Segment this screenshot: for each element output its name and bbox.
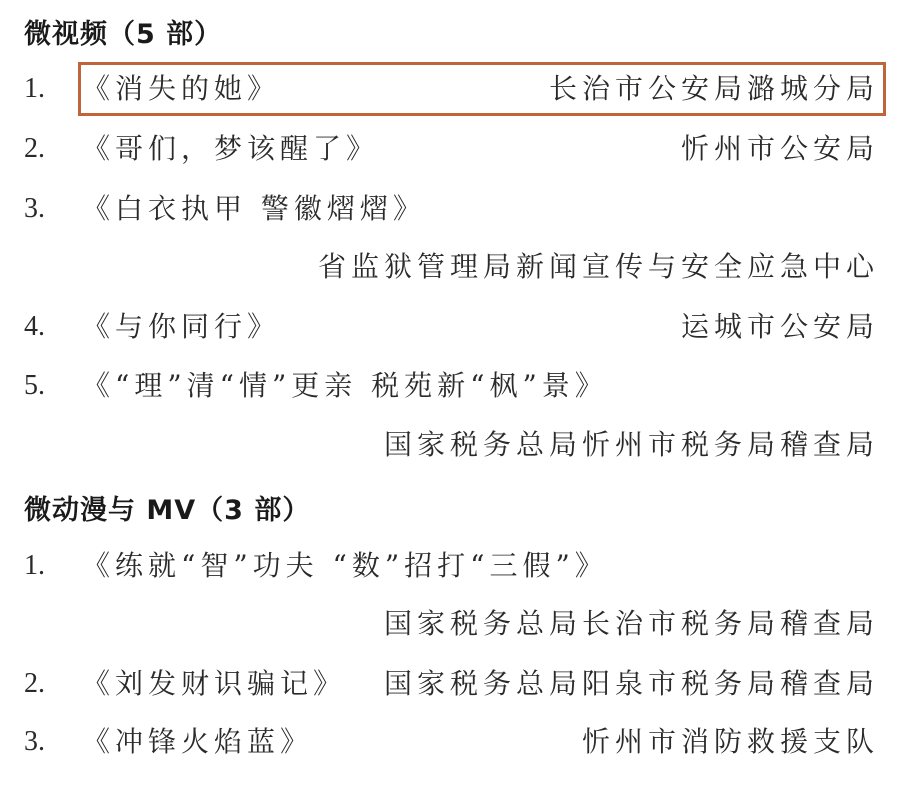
- list-item: 1. 《消失的她》 长治市公安局潞城分局: [0, 67, 898, 111]
- list-item: 3. 《白衣执甲 警徽熠熠》: [0, 187, 898, 231]
- item-organization: 忻州市消防救援支队: [582, 720, 879, 764]
- item-organization: 国家税务总局阳泉市税务局稽查局: [384, 662, 879, 706]
- item-title: 《刘发财识骗记》: [82, 662, 346, 706]
- item-title: 《与你同行》: [82, 305, 280, 349]
- item-title: 《消失的她》: [82, 67, 280, 111]
- list-item-continuation: 国家税务总局忻州市税务局稽查局: [0, 423, 898, 467]
- list-item: 1. 《练就“智”功夫 “数”招打“三假”》: [0, 544, 898, 588]
- item-number: 3.: [24, 187, 45, 231]
- list-item: 3. 《冲锋火焰蓝》 忻州市消防救援支队: [0, 720, 898, 764]
- item-number: 3.: [24, 720, 45, 764]
- item-organization: 国家税务总局忻州市税务局稽查局: [384, 423, 879, 467]
- section-heading-animation-mv: 微动漫与 MV（3 部）: [24, 488, 310, 527]
- section-heading-micro-video: 微视频（5 部）: [24, 12, 222, 51]
- item-organization: 省监狱管理局新闻宣传与安全应急中心: [318, 245, 879, 289]
- item-number: 1.: [24, 544, 45, 588]
- item-organization: 忻州市公安局: [681, 127, 879, 171]
- list-item: 2. 《刘发财识骗记》 国家税务总局阳泉市税务局稽查局: [0, 662, 898, 706]
- list-item: 5. 《“理”清“情”更亲 税苑新“枫”景》: [0, 364, 898, 408]
- item-title: 《白衣执甲 警徽熠熠》: [82, 187, 426, 231]
- item-organization: 长治市公安局潞城分局: [549, 67, 879, 111]
- item-organization: 运城市公安局: [681, 305, 879, 349]
- list-item-continuation: 省监狱管理局新闻宣传与安全应急中心: [0, 245, 898, 289]
- item-number: 1.: [24, 67, 45, 111]
- item-number: 2.: [24, 662, 45, 706]
- item-number: 5.: [24, 364, 45, 408]
- item-number: 2.: [24, 127, 45, 171]
- item-title: 《“理”清“情”更亲 税苑新“枫”景》: [82, 364, 608, 408]
- item-title: 《哥们，梦该醒了》: [82, 127, 379, 171]
- item-title: 《练就“智”功夫 “数”招打“三假”》: [82, 544, 608, 588]
- list-item-continuation: 国家税务总局长治市税务局稽查局: [0, 602, 898, 646]
- item-number: 4.: [24, 305, 45, 349]
- item-title: 《冲锋火焰蓝》: [82, 720, 313, 764]
- item-organization: 国家税务总局长治市税务局稽查局: [384, 602, 879, 646]
- list-item: 4. 《与你同行》 运城市公安局: [0, 305, 898, 349]
- list-item: 2. 《哥们，梦该醒了》 忻州市公安局: [0, 127, 898, 171]
